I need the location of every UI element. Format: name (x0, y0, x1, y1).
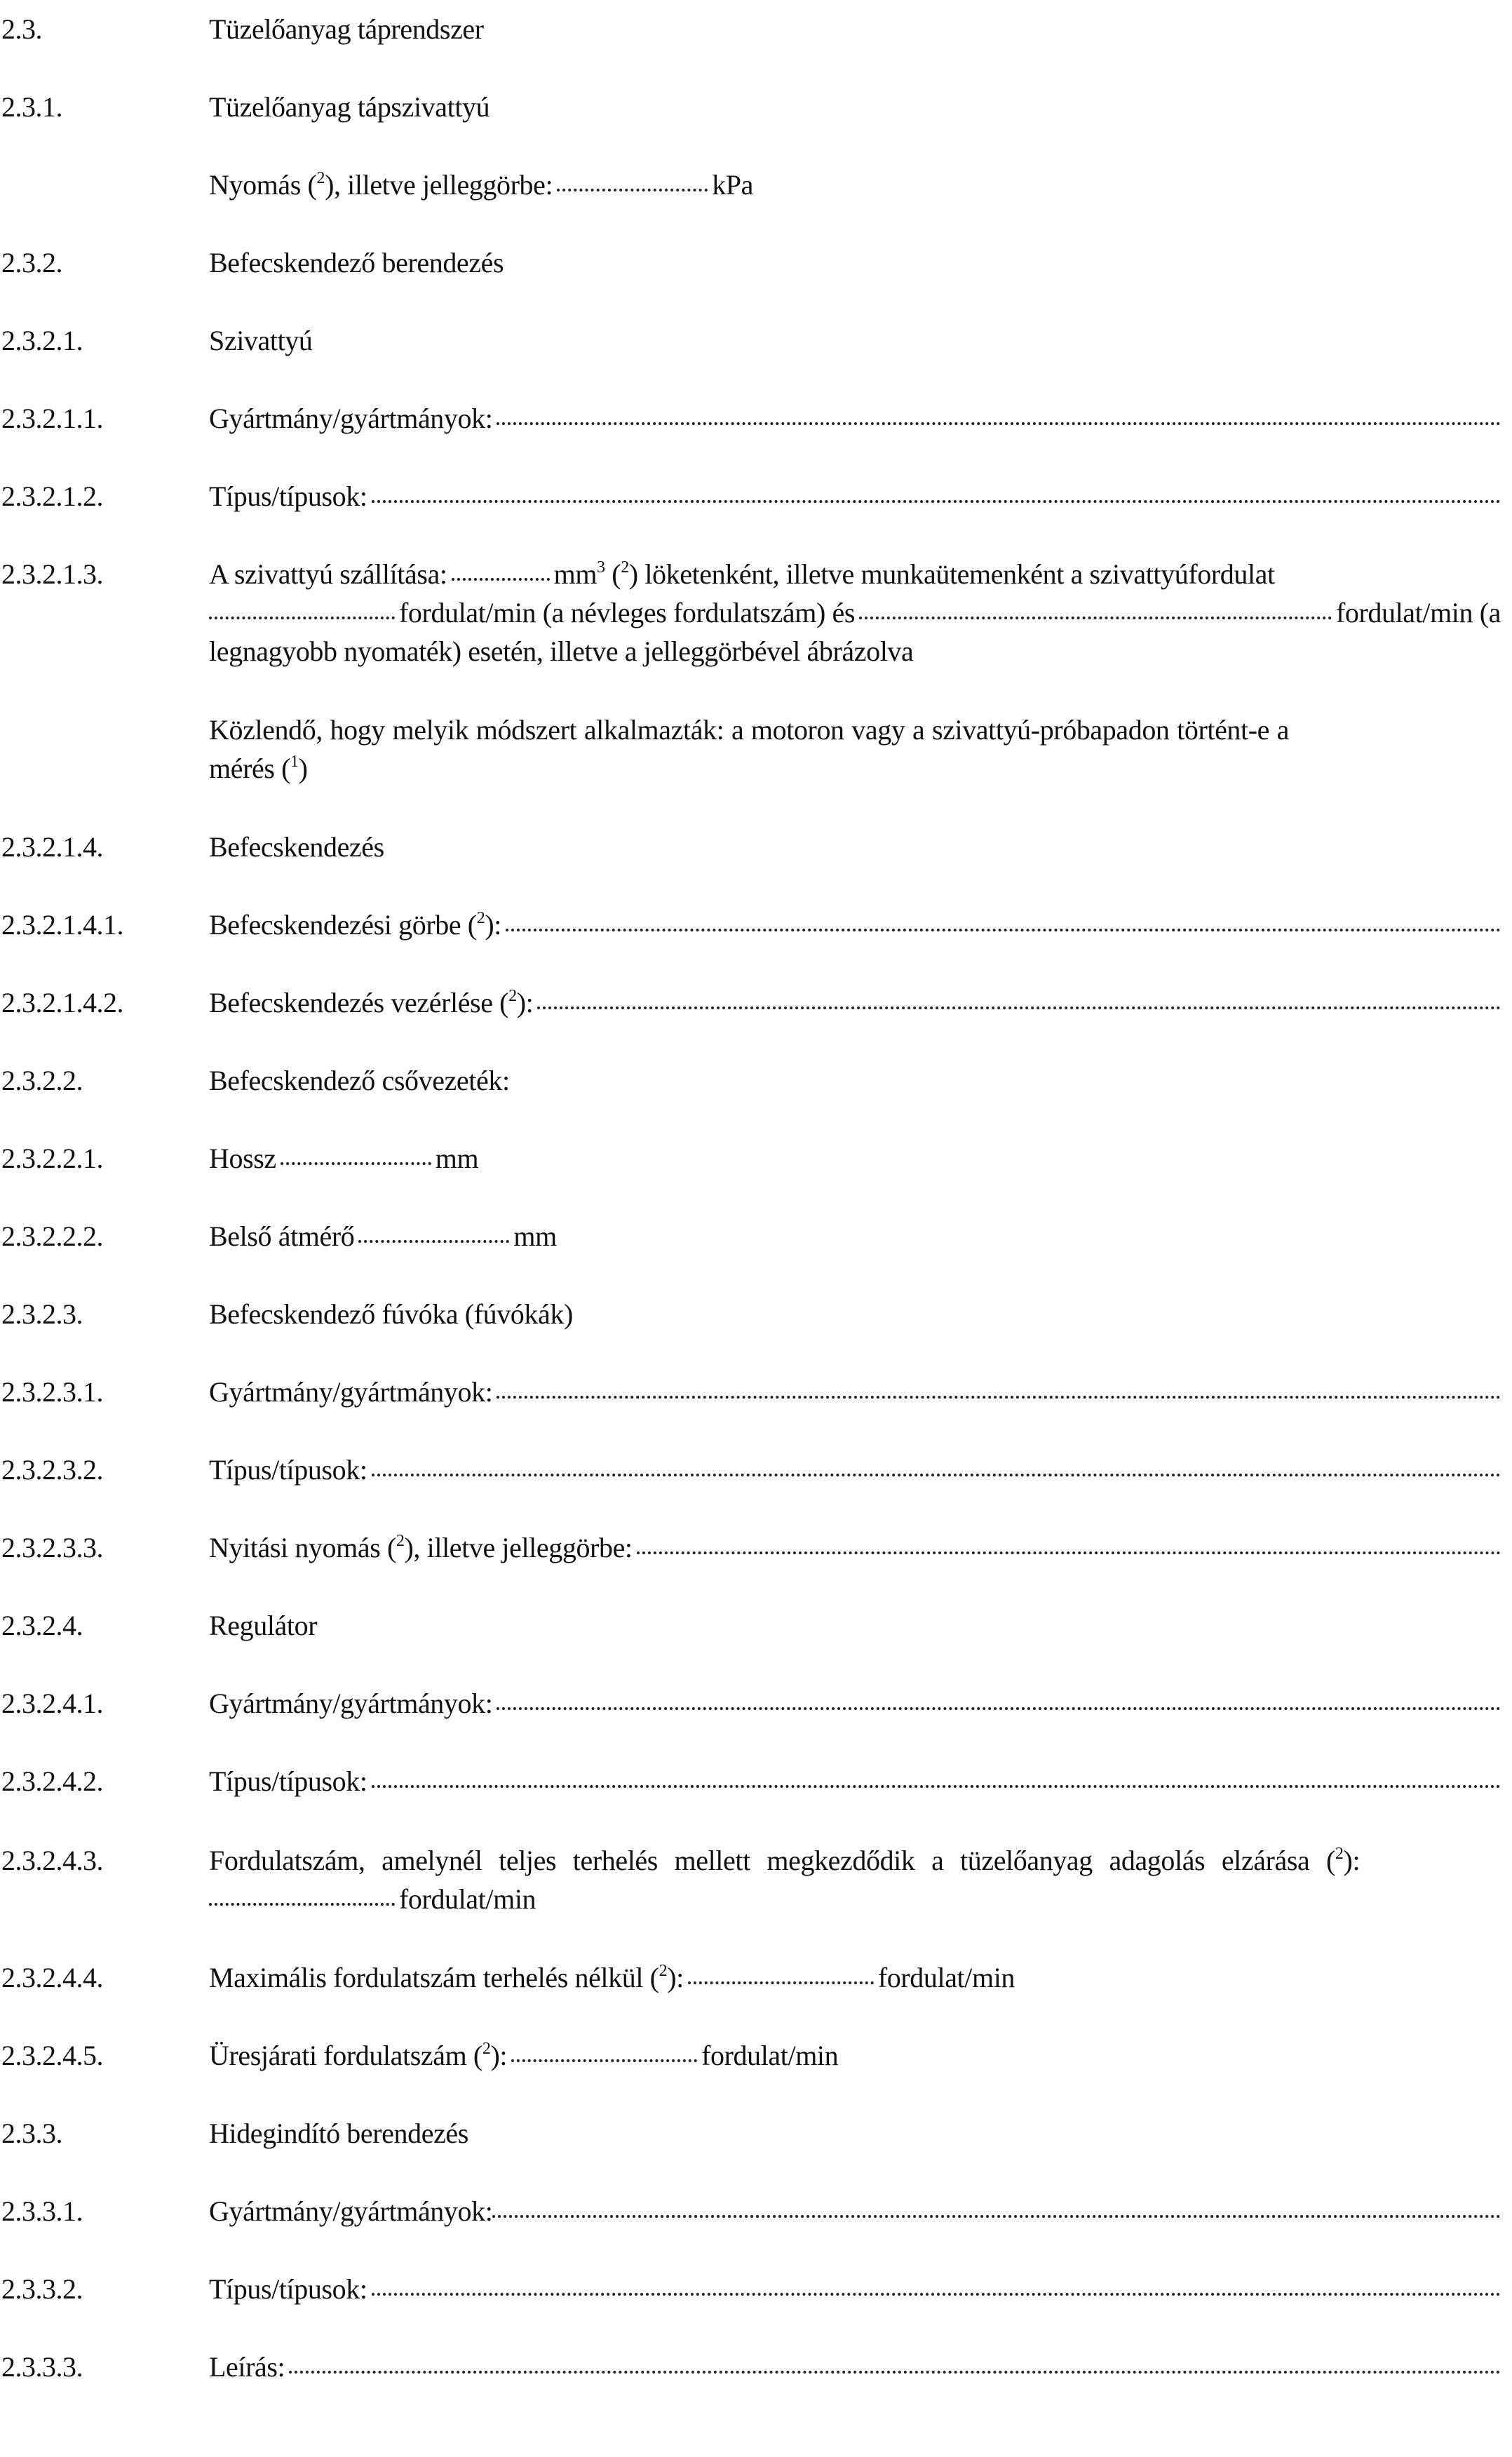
fill-in-blank[interactable] (537, 1006, 1501, 1009)
section-number: 2.3.2.3.1. (1, 1373, 205, 1411)
section-number: 2.3. (1, 10, 205, 48)
field-label: A szivattyú szállítása: (209, 555, 447, 593)
field-label: Típus/típusok: (209, 1450, 367, 1489)
section-number: 2.3.2.3.3. (1, 1528, 205, 1567)
section-number: 2.3.2.1.3. (1, 555, 205, 593)
field-label: Gyártmány/gyártmányok: (209, 2192, 492, 2230)
section-number: 2.3.2.4.3. (1, 1841, 205, 1880)
note-text: mérés (1) (209, 749, 308, 788)
section-number: 2.3.2.1.4. (1, 828, 205, 866)
footnote-ref: 1 (290, 753, 299, 771)
fill-in-blank[interactable] (497, 422, 1501, 425)
footnote-ref: 2 (659, 1962, 668, 1980)
footnote-ref: 2 (477, 909, 485, 927)
note-text: Közlendő, hogy melyik módszert alkalmazt… (209, 711, 1289, 749)
field-label: Gyártmány/gyártmányok: (209, 1684, 492, 1723)
field-label: Típus/típusok: (209, 477, 367, 516)
field-label: Gyártmány/gyártmányok: (209, 399, 492, 438)
fill-in-blank[interactable] (209, 616, 395, 619)
field-label: Maximális fordulatszám terhelés nélkül (… (209, 1958, 684, 1997)
fill-in-blank[interactable] (372, 1473, 1501, 1476)
fill-in-blank[interactable] (557, 188, 708, 191)
section-number: 2.3.2.1.4.1. (1, 906, 205, 944)
field-label: Nyitási nyomás (2), illetve jelleggörbe: (209, 1528, 633, 1567)
section-number: 2.3.2.2.1. (1, 1139, 205, 1178)
fill-in-blank[interactable] (492, 2214, 1501, 2218)
fill-in-blank[interactable] (372, 1784, 1501, 1788)
section-number: 2.3.2.1. (1, 321, 205, 360)
footnote-ref: 2 (621, 558, 629, 577)
footnote-ref: 2 (508, 987, 517, 1005)
section-number: 2.3.2.1.1. (1, 399, 205, 438)
fill-in-blank[interactable] (372, 2292, 1501, 2296)
section-number: 2.3.3. (1, 2114, 205, 2153)
section-title: Szivattyú (209, 321, 313, 360)
field-label: fordulat/min (a névleges fordulatszám) é… (399, 593, 855, 632)
field-label: Típus/típusok: (209, 2270, 367, 2308)
section-title: Befecskendező csővezeték: (209, 1061, 510, 1100)
unit-label: kPa (712, 166, 753, 204)
fill-in-blank[interactable] (358, 1239, 509, 1243)
section-number: 2.3.2.2. (1, 1061, 205, 1100)
field-label: Üresjárati fordulatszám (2): (209, 2036, 507, 2075)
section-title: Befecskendező fúvóka (fúvókák) (209, 1295, 573, 1333)
section-title: Regulátor (209, 1606, 317, 1645)
section-number: 2.3.2.2.2. (1, 1217, 205, 1256)
field-label: Fordulatszám, amelynél teljes terhelés m… (209, 1841, 1360, 1880)
section-number: 2.3.2.4. (1, 1606, 205, 1645)
footnote-ref: 2 (316, 169, 325, 187)
fill-in-blank[interactable] (506, 928, 1501, 931)
section-title: Befecskendező berendezés (209, 243, 504, 282)
unit-label: mm (513, 1217, 556, 1256)
fill-in-blank[interactable] (497, 1707, 1501, 1710)
fill-in-blank[interactable] (289, 2370, 1501, 2374)
fill-in-blank[interactable] (859, 616, 1332, 619)
fill-in-blank[interactable] (281, 1162, 431, 1165)
fill-in-blank[interactable] (688, 1981, 874, 1984)
section-number: 2.3.1. (1, 88, 205, 126)
section-number: 2.3.2.4.2. (1, 1762, 205, 1800)
section-title: Befecskendezés (209, 828, 384, 866)
section-number: 2.3.3.3. (1, 2348, 205, 2386)
section-number: 2.3.2. (1, 243, 205, 282)
unit-label: fordulat/min (878, 1958, 1015, 1997)
section-number: 2.3.2.3. (1, 1295, 205, 1333)
field-label: Nyomás (2), illetve jelleggörbe: (209, 166, 553, 204)
section-number: 2.3.3.2. (1, 2270, 205, 2308)
section-number: 2.3.2.4.1. (1, 1684, 205, 1723)
field-label: Leírás: (209, 2348, 285, 2386)
field-label: Belső átmérő (209, 1217, 354, 1256)
unit-label: mm (436, 1139, 478, 1178)
fill-in-blank[interactable] (497, 1395, 1501, 1399)
section-title: Tüzelőanyag táprendszer (209, 10, 484, 48)
footnote-ref: 2 (396, 1532, 405, 1550)
section-number: 2.3.2.4.4. (1, 1958, 205, 1997)
unit-label: fordulat/min (a (1336, 593, 1501, 632)
fill-in-blank[interactable] (637, 1551, 1501, 1554)
fill-in-blank[interactable] (452, 577, 550, 581)
field-label-continued: mm3 (2) löketenként, illetve munkaütemen… (554, 555, 1275, 593)
fill-in-blank[interactable] (209, 1902, 395, 1906)
section-number: 2.3.2.1.4.2. (1, 983, 205, 1022)
section-title: Tüzelőanyag tápszivattyú (209, 88, 490, 126)
field-label: Befecskendezés vezérlése (2): (209, 983, 533, 1022)
unit-label: fordulat/min (701, 2036, 838, 2075)
field-label: Hossz (209, 1139, 276, 1178)
field-label: Gyártmány/gyártmányok: (209, 1373, 492, 1411)
section-number: 2.3.2.4.5. (1, 2036, 205, 2075)
field-label: Típus/típusok: (209, 1762, 367, 1800)
footnote-ref: 2 (1335, 1845, 1344, 1863)
fill-in-blank[interactable] (372, 499, 1501, 503)
field-label: Befecskendezési görbe (2): (209, 906, 501, 944)
section-number: 2.3.3.1. (1, 2192, 205, 2230)
unit-label: fordulat/min (399, 1880, 536, 1918)
fill-in-blank[interactable] (511, 2059, 697, 2062)
field-label: legnagyobb nyomaték) esetén, illetve a j… (209, 632, 913, 671)
section-title: Hidegindító berendezés (209, 2114, 468, 2153)
section-number: 2.3.2.3.2. (1, 1450, 205, 1489)
section-number: 2.3.2.1.2. (1, 477, 205, 516)
footnote-ref: 2 (482, 2040, 491, 2058)
